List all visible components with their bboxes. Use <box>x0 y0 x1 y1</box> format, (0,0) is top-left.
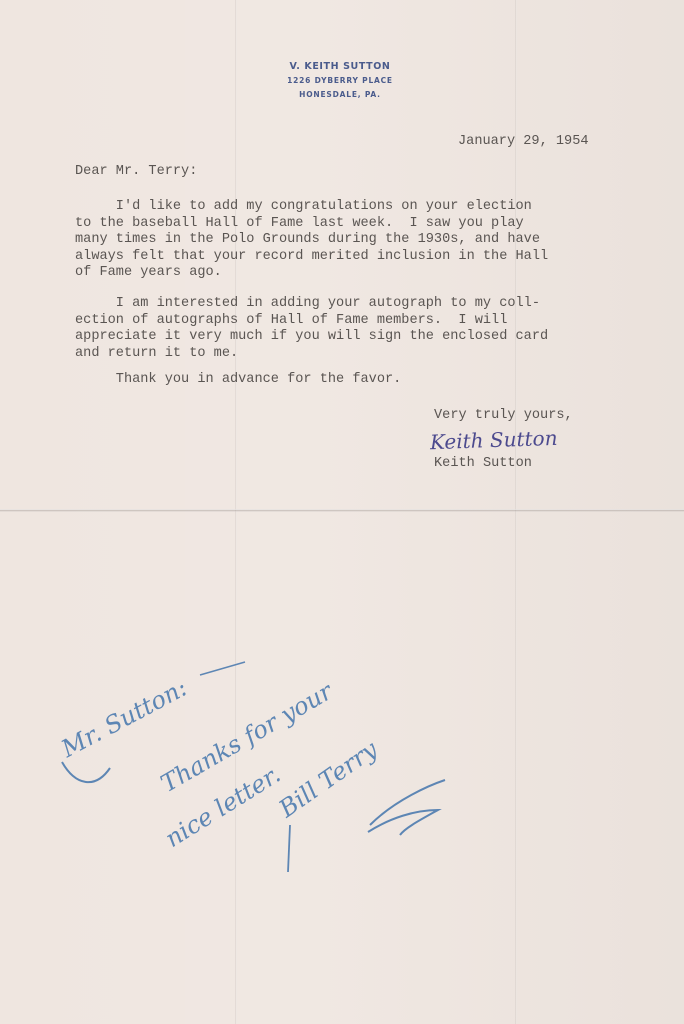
typed-name: Keith Sutton <box>434 456 532 473</box>
letter-date: January 29, 1954 <box>458 134 589 151</box>
salutation: Dear Mr. Terry: <box>75 164 197 181</box>
letterhead-name: V. KEITH SUTTON <box>260 60 420 74</box>
handwritten-signature: Keith Sutton <box>430 426 558 454</box>
pen-strokes-icon <box>50 650 470 880</box>
closing: Very truly yours, <box>434 408 573 425</box>
vertical-fold-line <box>515 0 517 1024</box>
body-paragraph: Thank you in advance for the favor. <box>75 372 401 389</box>
handwritten-reply: Mr. Sutton: Thanks for your nice letter.… <box>50 650 470 880</box>
body-paragraph: I'd like to add my congratulations on yo… <box>75 199 548 282</box>
letterhead: V. KEITH SUTTON 1226 DYBERRY PLACE HONES… <box>260 60 420 102</box>
body-paragraph: I am interested in adding your autograph… <box>75 296 548 362</box>
horizontal-fold-line <box>0 509 684 512</box>
letterhead-city: HONESDALE, PA. <box>260 88 420 102</box>
letterhead-address: 1226 DYBERRY PLACE <box>260 74 420 88</box>
